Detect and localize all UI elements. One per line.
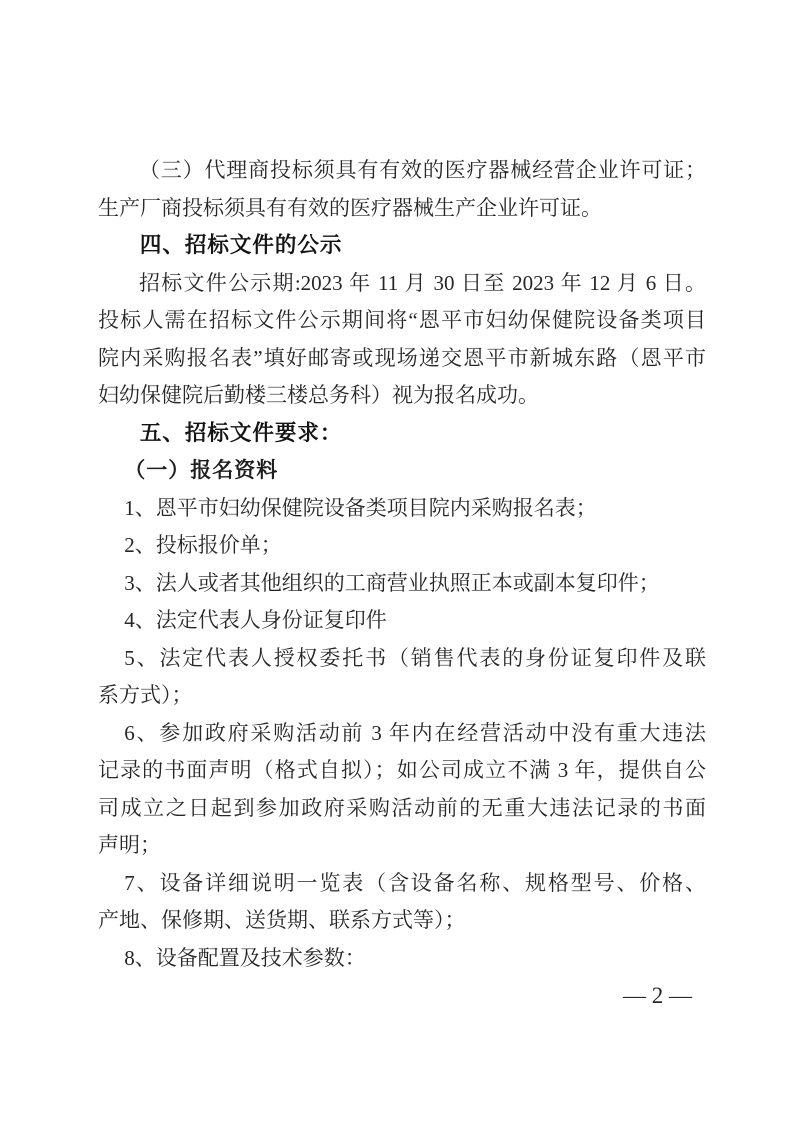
text-line: 声明；	[98, 827, 706, 865]
text-line: 4、法定代表人身份证复印件	[98, 602, 706, 640]
section-heading: 四、招标文件的公示	[98, 227, 706, 265]
list-item: 2、投标报价单；	[98, 527, 706, 565]
text-line: 司成立之日起到参加政府采购活动前的无重大违法记录的书面	[98, 790, 706, 828]
paragraph: 招标文件公示期:2023 年 11 月 30 日至 2023 年 12 月 6 …	[98, 265, 706, 415]
paragraph: （三）代理商投标须具有有效的医疗器械经营企业许可证；生产厂商投标须具有有效的医疗…	[98, 152, 706, 227]
text-line: 2、投标报价单；	[98, 527, 706, 565]
text-line: 5、法定代表人授权委托书（销售代表的身份证复印件及联	[98, 640, 706, 678]
sub-heading: （一）报名资料	[98, 452, 706, 490]
text-line: （三）代理商投标须具有有效的医疗器械经营企业许可证；	[98, 152, 706, 190]
list-item: 5、法定代表人授权委托书（销售代表的身份证复印件及联系方式）；	[98, 640, 706, 715]
document-body: （三）代理商投标须具有有效的医疗器械经营企业许可证；生产厂商投标须具有有效的医疗…	[98, 152, 706, 977]
text-line: 投标人需在招标文件公示期间将“恩平市妇幼保健院设备类项目	[98, 302, 706, 340]
text-line: 1、恩平市妇幼保健院设备类项目院内采购报名表；	[98, 490, 706, 528]
text-line: 3、法人或者其他组织的工商营业执照正本或副本复印件；	[98, 565, 706, 603]
text-line: 6、参加政府采购活动前 3 年内在经营活动中没有重大违法	[98, 715, 706, 753]
text-line: 院内采购报名表”填好邮寄或现场递交恩平市新城东路（恩平市	[98, 340, 706, 378]
text-line: （一）报名资料	[98, 452, 706, 490]
text-line: 系方式）；	[98, 677, 706, 715]
document-page: （三）代理商投标须具有有效的医疗器械经营企业许可证；生产厂商投标须具有有效的医疗…	[0, 0, 794, 1123]
text-line: 招标文件公示期:2023 年 11 月 30 日至 2023 年 12 月 6 …	[98, 265, 706, 303]
section-heading: 五、招标文件要求：	[98, 415, 706, 453]
text-line: 生产厂商投标须具有有效的医疗器械生产企业许可证。	[98, 190, 706, 228]
text-line: 8、设备配置及技术参数：	[98, 940, 706, 978]
text-line: 记录的书面声明（格式自拟）；如公司成立不满 3 年，提供自公	[98, 752, 706, 790]
list-item: 6、参加政府采购活动前 3 年内在经营活动中没有重大违法记录的书面声明（格式自拟…	[98, 715, 706, 865]
text-line: 五、招标文件要求：	[98, 415, 706, 453]
list-item: 4、法定代表人身份证复印件	[98, 602, 706, 640]
list-item: 8、设备配置及技术参数：	[98, 940, 706, 978]
list-item: 3、法人或者其他组织的工商营业执照正本或副本复印件；	[98, 565, 706, 603]
list-item: 7、设备详细说明一览表（含设备名称、规格型号、价格、产地、保修期、送货期、联系方…	[98, 865, 706, 940]
page-number: — 2 —	[623, 983, 692, 1008]
text-line: 妇幼保健院后勤楼三楼总务科）视为报名成功。	[98, 377, 706, 415]
page-footer: — 2 —	[0, 983, 692, 1009]
text-line: 四、招标文件的公示	[98, 227, 706, 265]
list-item: 1、恩平市妇幼保健院设备类项目院内采购报名表；	[98, 490, 706, 528]
text-line: 产地、保修期、送货期、联系方式等）；	[98, 902, 706, 940]
text-line: 7、设备详细说明一览表（含设备名称、规格型号、价格、	[98, 865, 706, 903]
